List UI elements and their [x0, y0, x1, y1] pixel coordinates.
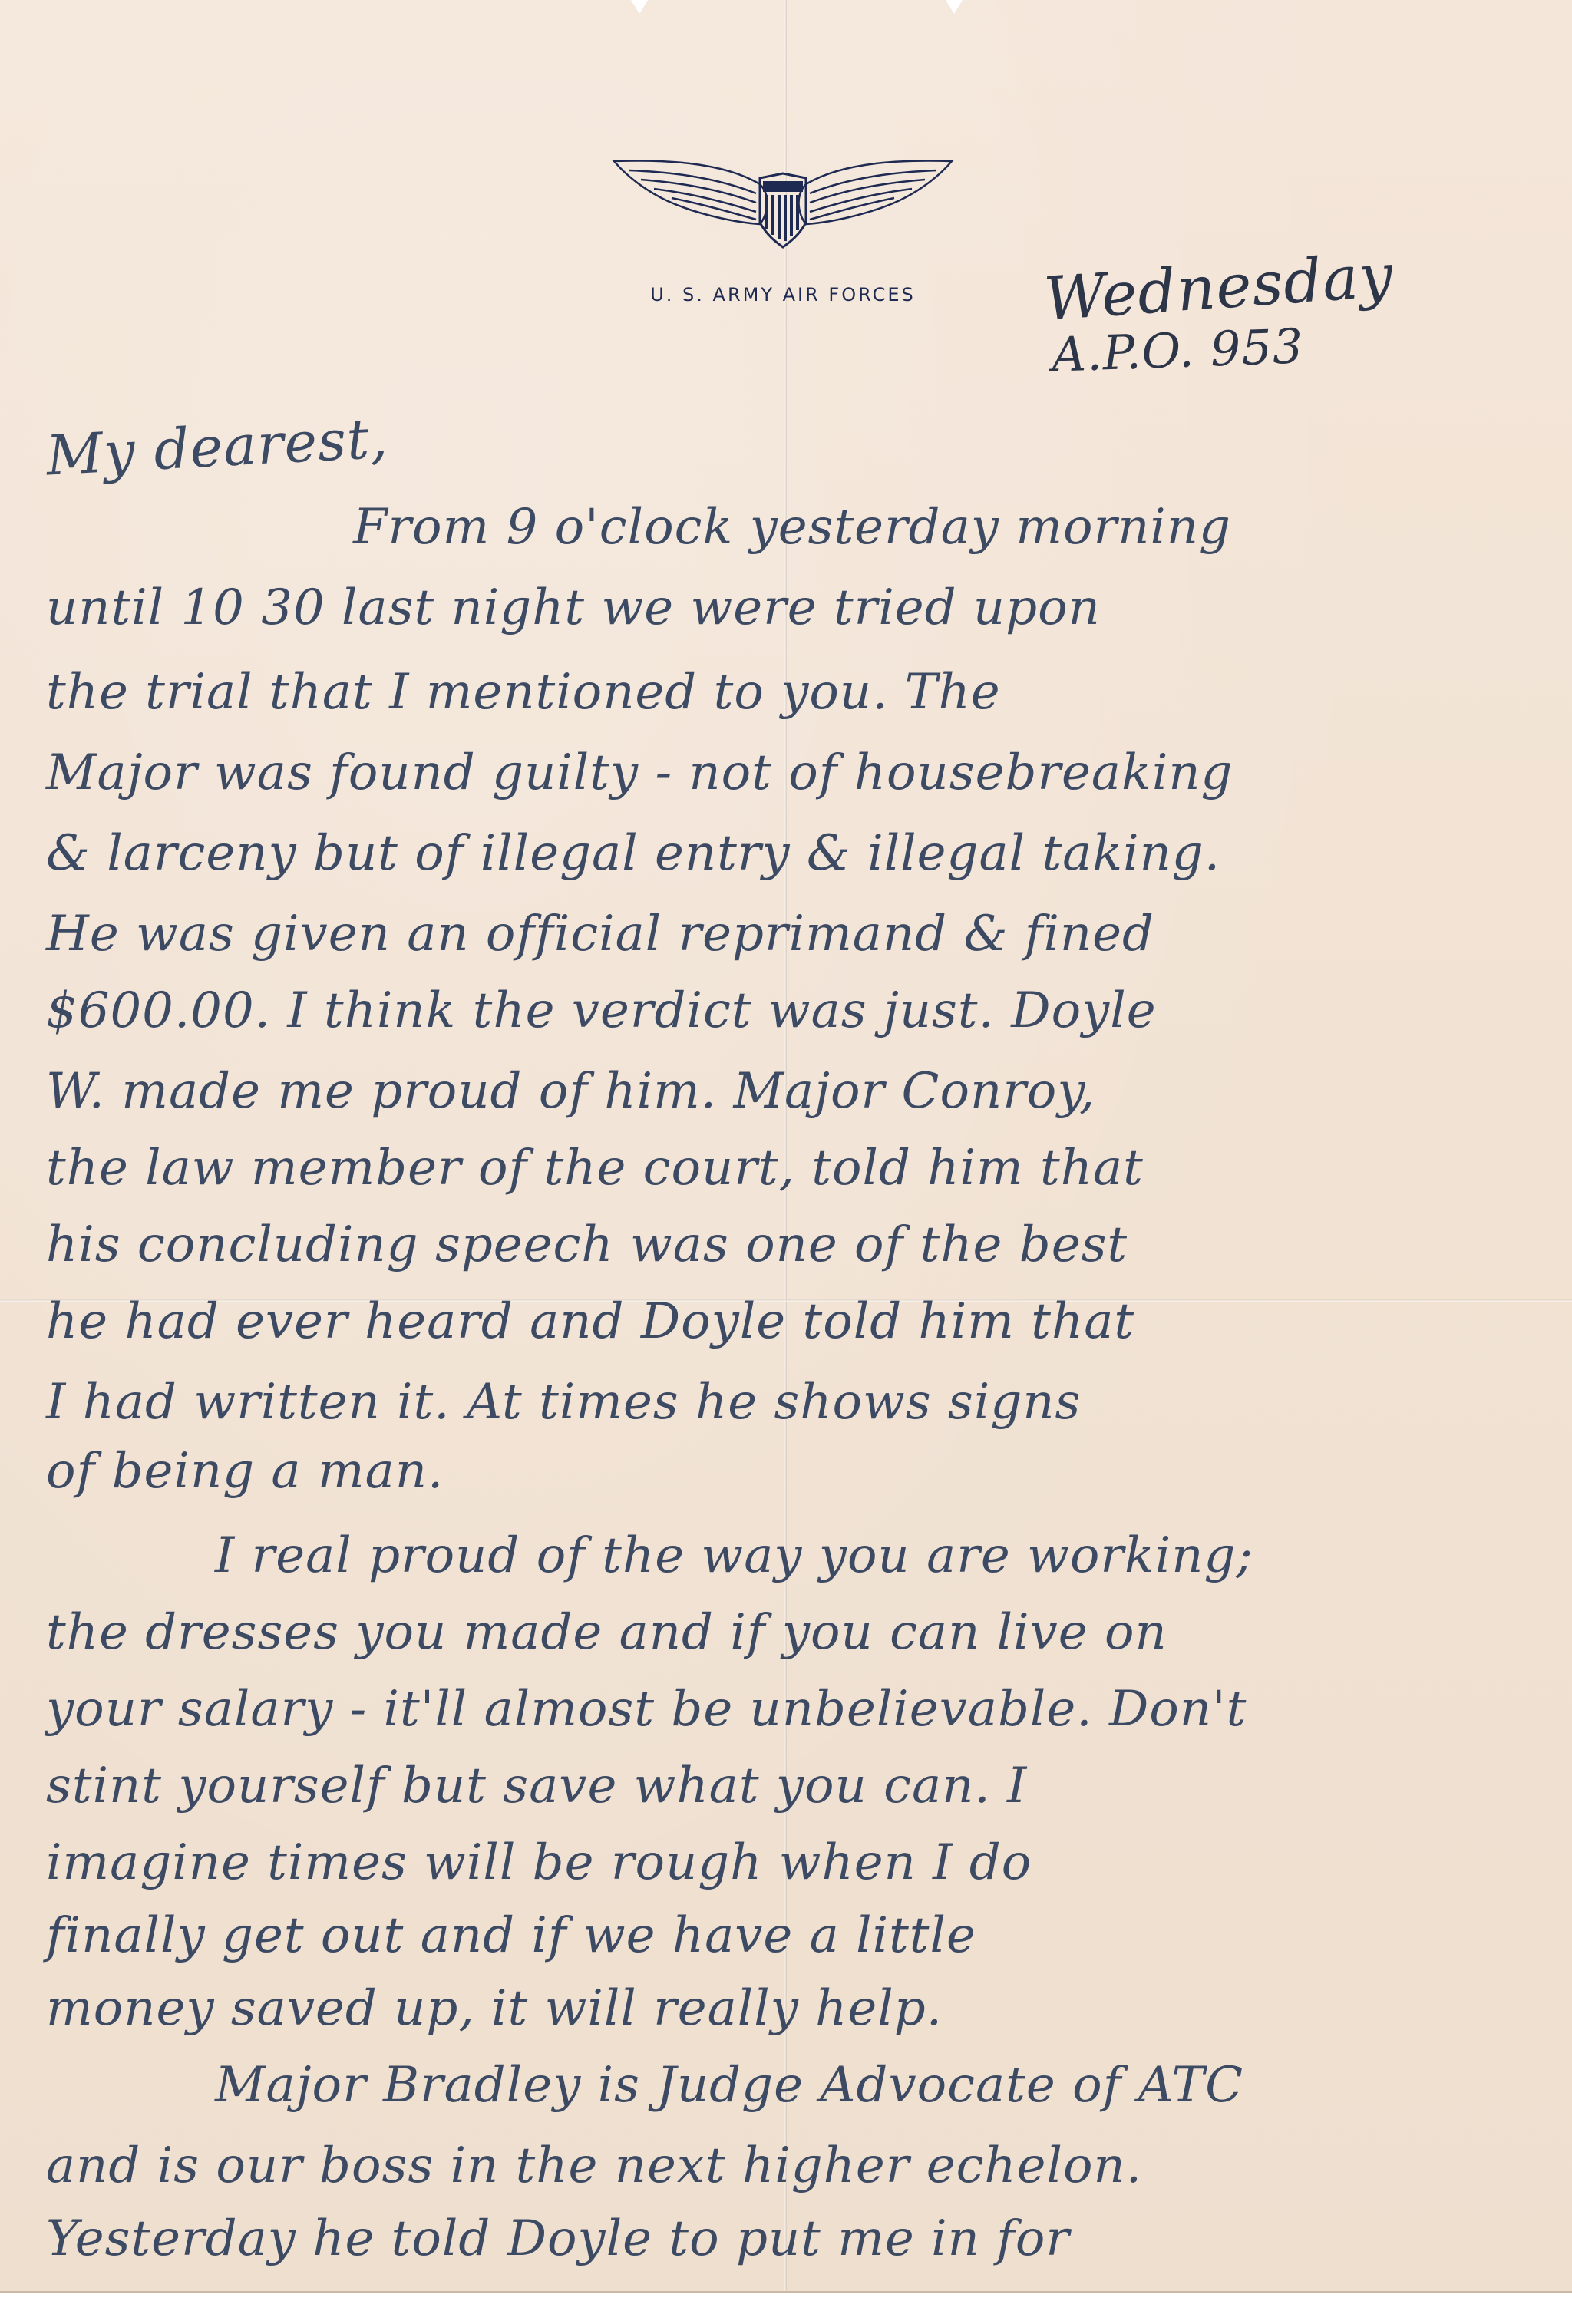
- army-air-forces-wings-with-shield-icon: [606, 154, 959, 253]
- body-line: From 9 o'clock yesterday morning: [353, 499, 1231, 556]
- body-line: & larceny but of illegal entry & illegal…: [46, 825, 1220, 882]
- paper-notch: [946, 0, 963, 14]
- body-line: stint yourself but save what you can. I: [46, 1758, 1027, 1814]
- body-line: finally get out and if we have a little: [46, 1907, 976, 1964]
- body-line: the trial that I mentioned to you. The: [46, 664, 1001, 721]
- letterhead: U. S. ARMY AIR FORCES: [599, 154, 967, 305]
- body-line: $600.00. I think the verdict was just. D…: [46, 982, 1157, 1039]
- body-line: money saved up, it will really help.: [46, 1980, 943, 2037]
- body-line: the dresses you made and if you can live…: [46, 1604, 1167, 1661]
- body-line: and is our boss in the next higher echel…: [46, 2137, 1142, 2194]
- body-line: Yesterday he told Doyle to put me in for: [46, 2210, 1070, 2267]
- body-line: your salary - it'll almost be unbelievab…: [46, 1681, 1247, 1738]
- body-line: his concluding speech was one of the bes…: [46, 1216, 1128, 1273]
- body-line: until 10 30 last night we were tried upo…: [46, 579, 1101, 636]
- body-line: he had ever heard and Doyle told him tha…: [46, 1293, 1134, 1350]
- body-line: Major was found guilty - not of housebre…: [46, 744, 1233, 801]
- body-line: the law member of the court, told him th…: [46, 1140, 1144, 1197]
- body-line: Major Bradley is Judge Advocate of ATC: [215, 2057, 1243, 2114]
- salutation: My dearest,: [45, 405, 390, 487]
- body-line: He was given an official reprimand & fin…: [46, 906, 1154, 962]
- letterhead-title: U. S. ARMY AIR FORCES: [599, 284, 967, 305]
- body-line: I real proud of the way you are working;: [215, 1527, 1253, 1584]
- letter-paper: U. S. ARMY AIR FORCES Wednesday A.P.O. 9…: [0, 0, 1572, 2293]
- letter-location: A.P.O. 953: [1051, 318, 1305, 382]
- body-line: I had written it. At times he shows sign…: [46, 1374, 1081, 1431]
- body-line: imagine times will be rough when I do: [46, 1834, 1032, 1891]
- body-line: of being a man.: [46, 1443, 444, 1500]
- paper-notch: [631, 0, 648, 14]
- body-line: W. made me proud of him. Major Conroy,: [46, 1063, 1095, 1120]
